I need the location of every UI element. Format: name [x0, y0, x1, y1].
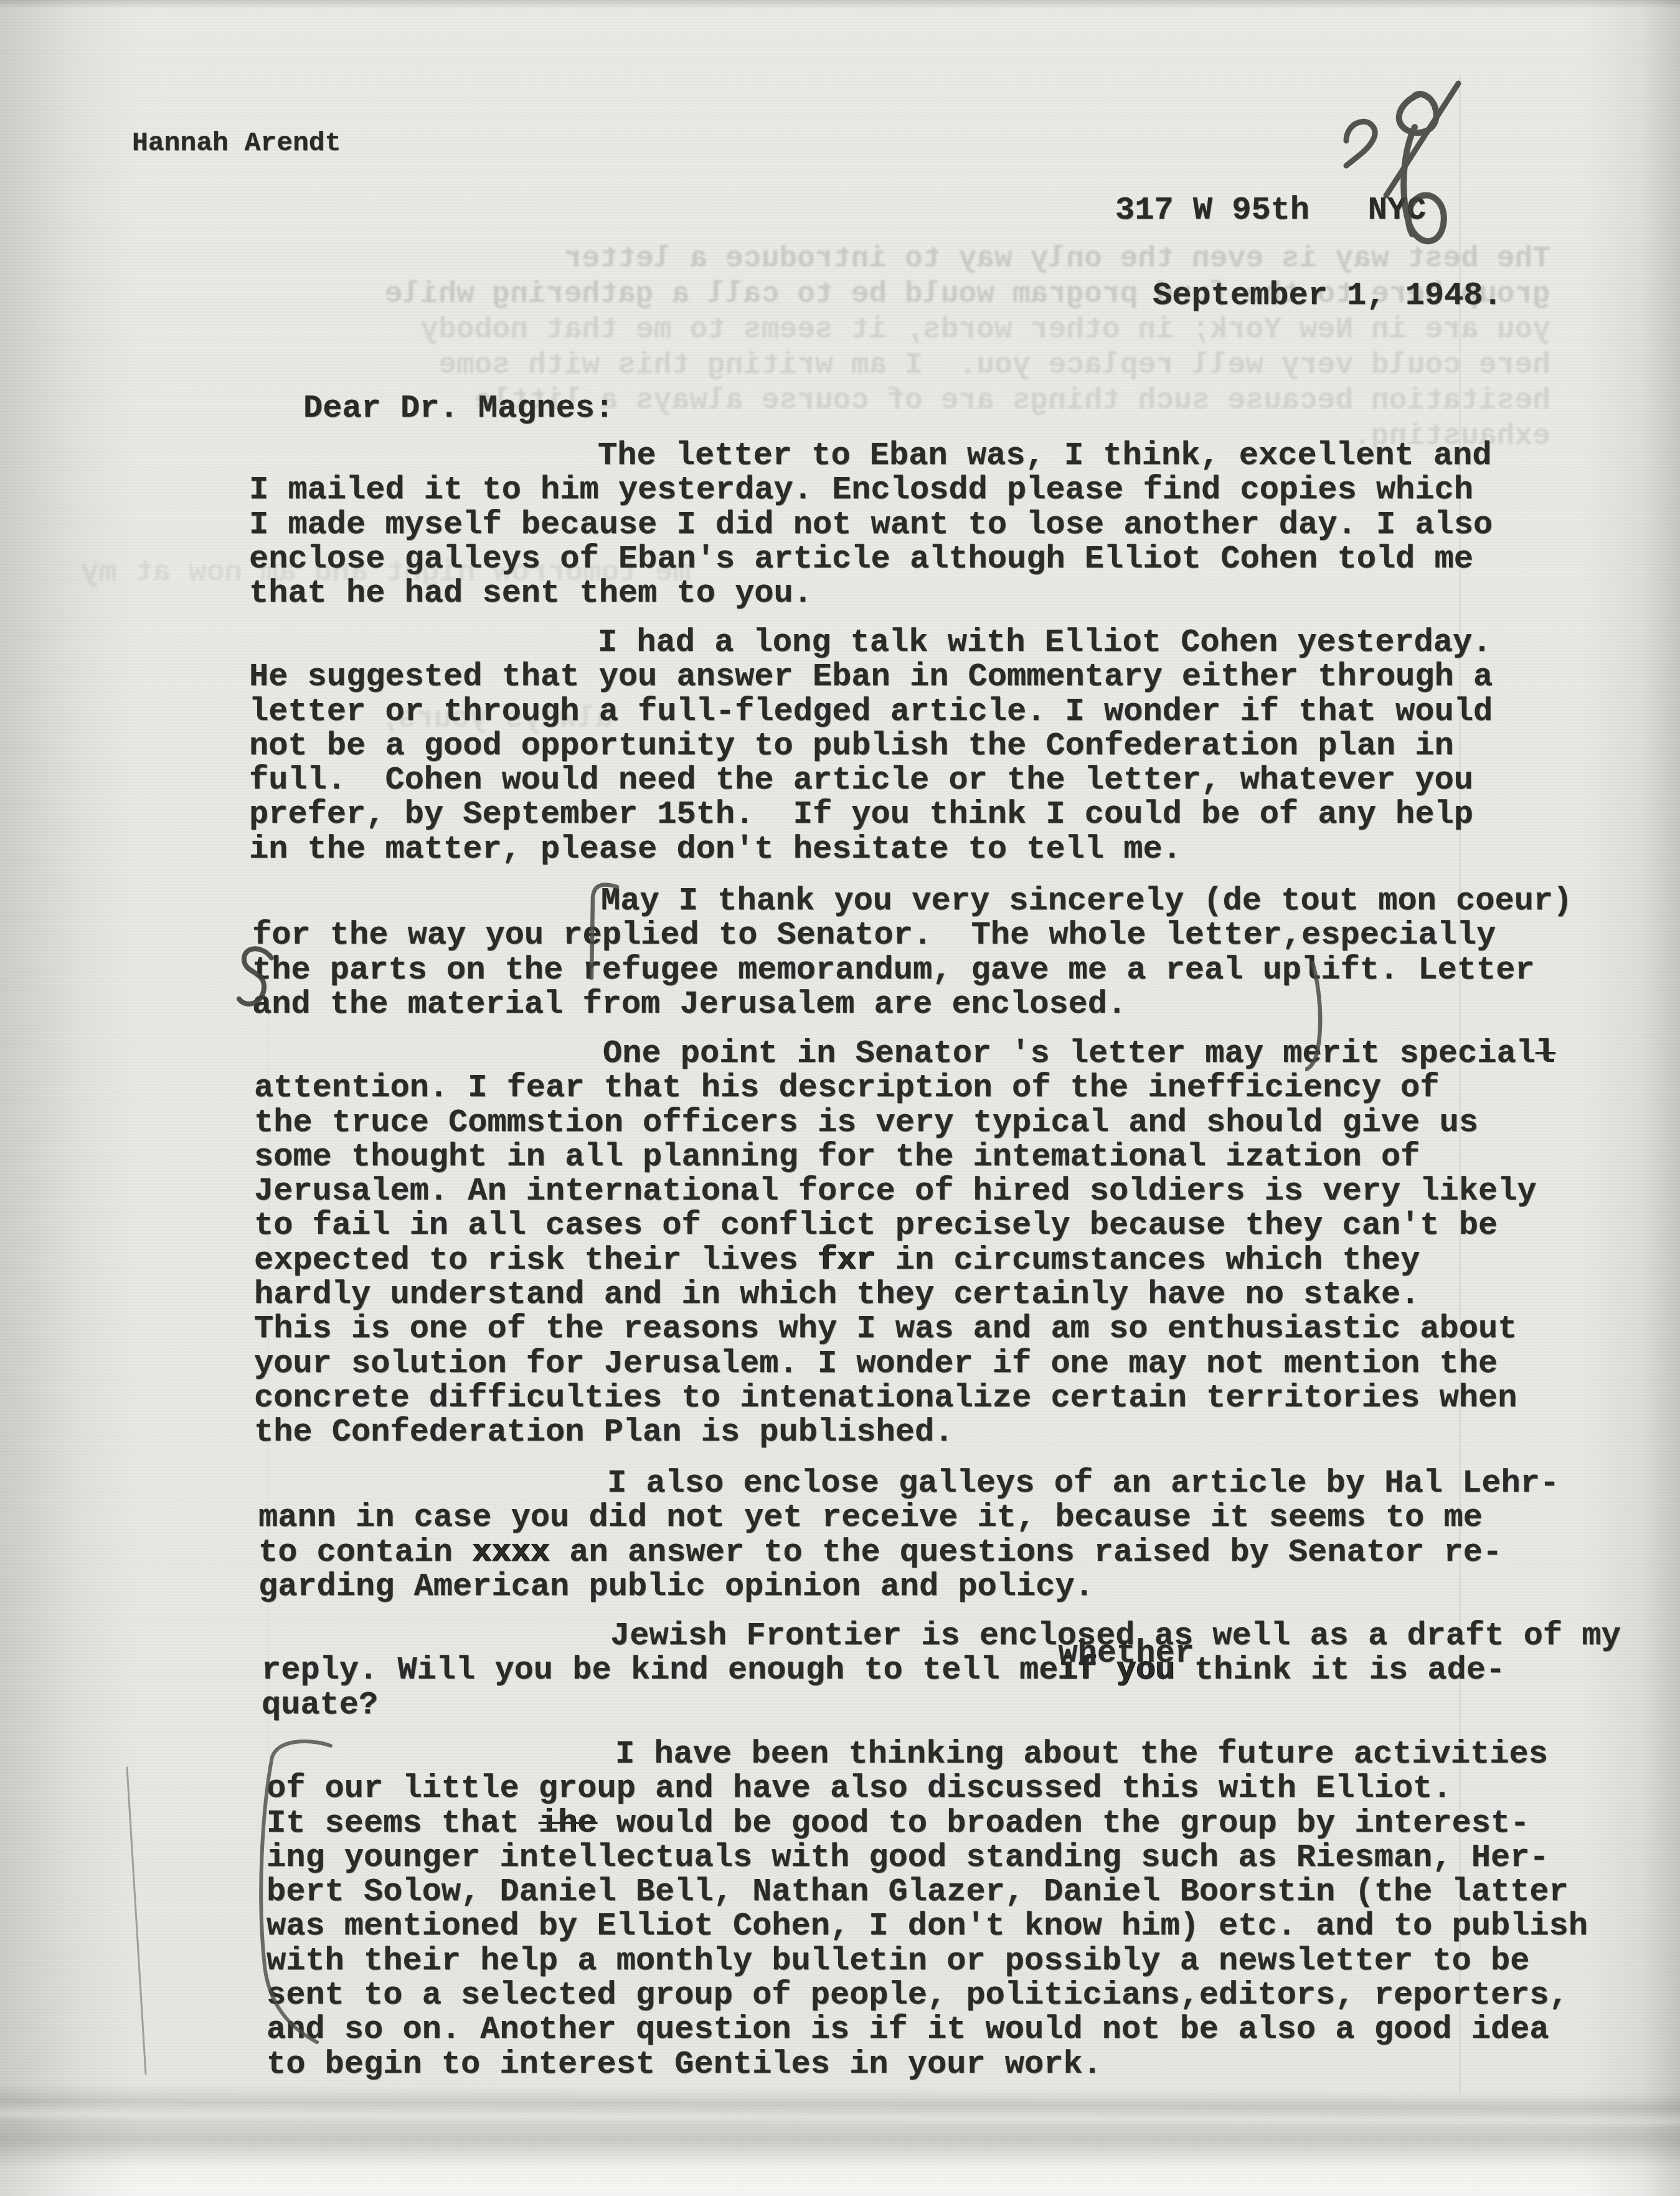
- paragraph: May I thank you very sincerely (de tout …: [252, 884, 1572, 1021]
- text-line: The letter to Eban was, I think, excelle…: [249, 438, 1493, 473]
- text-line: hardly understand and in which they cert…: [254, 1277, 1555, 1312]
- text-segment: reply. Will you be kind enough to tell m…: [262, 1652, 1058, 1688]
- text-segment: He suggested that you answer Eban in Com…: [249, 658, 1493, 695]
- text-segment: your solution for Jerusalem. I wonder if…: [254, 1345, 1498, 1382]
- text-segment: enclose galleys of Eban's article althou…: [249, 541, 1473, 577]
- text-line: was mentioned by Elliot Cohen, I don't k…: [267, 1909, 1588, 1943]
- paragraph: One point in Senator 's letter may merit…: [254, 1036, 1555, 1450]
- text-line: to begin to interest Gentiles in your wo…: [267, 2047, 1588, 2081]
- text-segment: with their help a monthly bulletin or po…: [267, 1943, 1529, 1979]
- text-line: I also enclose galleys of an article by …: [258, 1466, 1559, 1500]
- text-line: He suggested that you answer Eban in Com…: [249, 660, 1493, 694]
- text-segment: sent to a selected group of people, poli…: [267, 1977, 1569, 2014]
- text-line: garding American public opinion and poli…: [258, 1569, 1559, 1604]
- text-line: you are in New York; in other words, it …: [93, 313, 1550, 348]
- text-segment: was mentioned by Elliot Cohen, I don't k…: [267, 1908, 1588, 1944]
- text-segment: not be a good opportunity to publish the…: [249, 727, 1454, 764]
- text-segment: to begin to interest Gentiles in your wo…: [267, 2046, 1102, 2083]
- text-line: here could very well replace you. I am w…: [93, 348, 1550, 384]
- text-segment: I mailed it to him yesterday. Enclosdd p…: [249, 471, 1473, 508]
- text-line: I made myself because I did not want to …: [249, 508, 1493, 542]
- sender-name: Hannah Arendt: [132, 128, 341, 158]
- text-line: in the matter, please don't hesitate to …: [249, 832, 1493, 866]
- date-line: September 1, 1948.: [1153, 277, 1503, 314]
- text-line: Jewish Frontier is enclosed as well as a…: [262, 1619, 1621, 1653]
- text-segment: an answer to the questions raised by Sen…: [550, 1534, 1502, 1571]
- text-segment: in circumstances which they: [876, 1242, 1420, 1279]
- text-segment: prefer, by September 15th. If you think …: [249, 796, 1473, 833]
- text-line: some thought in all planning for the int…: [254, 1140, 1555, 1174]
- text-line: of our little group and have also discus…: [267, 1771, 1588, 1806]
- text-segment: This is one of the reasons why I was and…: [254, 1310, 1517, 1347]
- paragraph: I had a long talk with Elliot Cohen yest…: [249, 625, 1493, 866]
- text-segment: hardly understand and in which they cert…: [254, 1276, 1420, 1313]
- text-segment: I have been thinking about the future ac…: [615, 1736, 1548, 1772]
- salutation: Dear Dr. Magnes:: [303, 390, 614, 427]
- text-segment: the Confederation Plan is published.: [254, 1414, 953, 1451]
- text-segment: xxxx: [472, 1534, 550, 1571]
- text-segment: ing younger intellectuals with good stan…: [267, 1839, 1549, 1876]
- text-line: prefer, by September 15th. If you think …: [249, 797, 1493, 831]
- text-line: I have been thinking about the future ac…: [267, 1737, 1588, 1771]
- text-segment: to contain: [258, 1534, 472, 1571]
- text-line: not be a good opportunity to publish the…: [249, 729, 1493, 763]
- text-line: and the material from Jerusalem are encl…: [252, 987, 1572, 1021]
- paragraph: Jewish Frontier is enclosed as well as a…: [262, 1619, 1621, 1722]
- text-segment: expected to risk their lives: [254, 1242, 818, 1279]
- text-line: full. Cohen would need the article or th…: [249, 763, 1493, 797]
- text-line: your solution for Jerusalem. I wonder if…: [254, 1346, 1555, 1381]
- text-line: The best way is even the only way to int…: [93, 242, 1550, 277]
- text-segment: It seems that: [267, 1805, 539, 1842]
- text-line: Jerusalem. An international force of hir…: [254, 1174, 1555, 1208]
- text-segment: for the way you replied to Senator. The …: [252, 917, 1496, 954]
- text-line: that he had sent them to you.: [249, 576, 1493, 610]
- text-segment: ihe: [539, 1805, 597, 1842]
- text-line: quate?: [262, 1688, 1621, 1722]
- stray-line-mark: [118, 1763, 156, 2080]
- text-line: expected to risk their lives fxr in circ…: [254, 1243, 1555, 1277]
- text-segment: think it is ade-: [1175, 1652, 1506, 1688]
- text-line: and so on. Another question is if it wou…: [267, 2012, 1588, 2047]
- text-line: mann in case you did not yet receive it,…: [258, 1500, 1559, 1535]
- text-segment: the truce Commstion officers is very typ…: [254, 1104, 1478, 1141]
- text-line: to fail in all cases of conflict precise…: [254, 1208, 1555, 1242]
- text-segment: quate?: [262, 1687, 378, 1723]
- text-segment: you are in New York; in other words, it …: [420, 313, 1550, 347]
- text-segment: bert Solow, Daniel Bell, Nathan Glazer, …: [267, 1873, 1569, 1910]
- paragraph: I have been thinking about the future ac…: [267, 1737, 1588, 2081]
- text-line: sent to a selected group of people, poli…: [267, 1978, 1588, 2012]
- text-segment: in the matter, please don't hesitate to …: [249, 831, 1182, 868]
- text-segment: to fail in all cases of conflict precise…: [254, 1207, 1498, 1244]
- text-segment: One point in Senator 's letter may merit…: [603, 1035, 1536, 1072]
- text-segment: Jerusalem. An international force of hir…: [254, 1173, 1537, 1209]
- text-line: concrete difficulties to intenationalize…: [254, 1381, 1555, 1415]
- text-line: enclose galleys of Eban's article althou…: [249, 542, 1493, 576]
- text-segment: I also enclose galleys of an article by …: [607, 1465, 1559, 1502]
- text-line: the truce Commstion officers is very typ…: [254, 1105, 1555, 1140]
- text-line: bert Solow, Daniel Bell, Nathan Glazer, …: [267, 1875, 1588, 1909]
- text-line: for the way you replied to Senator. The …: [252, 918, 1572, 952]
- text-line: the parts on the refugee memorandum, gav…: [252, 953, 1572, 987]
- text-line: the Confederation Plan is published.: [254, 1415, 1555, 1449]
- text-segment: I had a long talk with Elliot Cohen yest…: [598, 624, 1491, 661]
- text-line: One point in Senator 's letter may merit…: [254, 1036, 1555, 1071]
- text-segment: full. Cohen would need the article or th…: [249, 762, 1473, 798]
- text-line: I had a long talk with Elliot Cohen yest…: [249, 625, 1493, 660]
- text-segment: garding American public opinion and poli…: [258, 1568, 1094, 1605]
- paragraph: I also enclose galleys of an article by …: [258, 1466, 1559, 1604]
- text-segment: l: [1536, 1035, 1555, 1072]
- text-segment: The letter to Eban was, I think, excelle…: [598, 437, 1491, 474]
- text-segment: The best way is even the only way to int…: [564, 242, 1550, 276]
- text-segment: here could very well replace you. I am w…: [438, 349, 1550, 382]
- text-segment: the parts on the refugee memorandum, gav…: [252, 952, 1535, 988]
- text-segment: some thought in all planning for the int…: [254, 1138, 1420, 1175]
- text-line: to contain xxxx an answer to the questio…: [258, 1535, 1559, 1569]
- text-line: attention. I fear that his description o…: [254, 1071, 1555, 1105]
- text-segment: attention. I fear that his description o…: [254, 1069, 1440, 1106]
- text-segment: concrete difficulties to intenationalize…: [254, 1380, 1517, 1416]
- text-line: letter or through a full-fledged article…: [249, 694, 1493, 729]
- text-segment: letter or through a full-fledged article…: [249, 693, 1493, 730]
- text-segment: and the material from Jerusalem are encl…: [252, 986, 1126, 1023]
- text-line: ing younger intellectuals with good stan…: [267, 1840, 1588, 1875]
- text-segment: mann in case you did not yet receive it,…: [258, 1499, 1483, 1536]
- text-line: May I thank you very sincerely (de tout …: [252, 884, 1572, 918]
- text-segment: May I thank you very sincerely (de tout …: [601, 883, 1572, 919]
- sender-address: 317 W 95th NYC: [1115, 192, 1426, 229]
- text-segment: and so on. Another question is if it wou…: [267, 2011, 1549, 2048]
- text-segment: of our little group and have also discus…: [267, 1770, 1452, 1807]
- text-segment: hesitation because such things are of co…: [474, 384, 1550, 418]
- text-line: I mailed it to him yesterday. Enclosdd p…: [249, 473, 1493, 507]
- text-line: It seems that ihe would be good to broad…: [267, 1806, 1588, 1840]
- text-segment: I made myself because I did not want to …: [249, 506, 1493, 543]
- text-segment: fxr: [818, 1242, 876, 1279]
- paragraph: The letter to Eban was, I think, excelle…: [249, 438, 1493, 610]
- text-line: reply. Will you be kind enough to tell m…: [262, 1653, 1621, 1687]
- scanned-letter-page: The best way is even the only way to int…: [0, 0, 1680, 2196]
- text-segment: would be good to broaden the group by in…: [597, 1805, 1530, 1842]
- text-line: This is one of the reasons why I was and…: [254, 1312, 1555, 1346]
- text-segment: that he had sent them to you.: [249, 575, 813, 612]
- text-line: with their help a monthly bulletin or po…: [267, 1944, 1588, 1978]
